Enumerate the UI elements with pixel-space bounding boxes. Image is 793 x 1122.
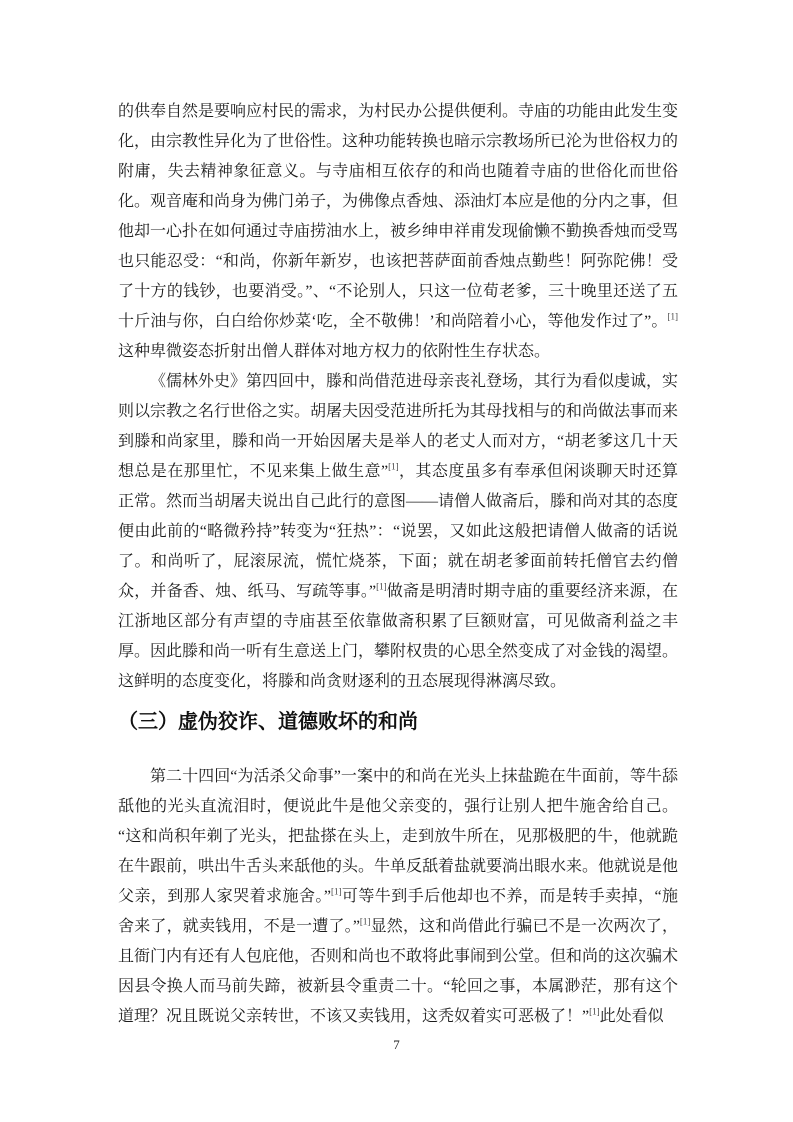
footnote-ref: [1] <box>589 1007 600 1017</box>
text-run: 的供奉自然是要响应村民的需求，为村民办公提供便利。寺庙的功能由此发生变化，由宗教… <box>118 103 678 330</box>
page-footer: 7 <box>0 1036 793 1054</box>
paragraph: 《儒林外史》第四回中，滕和尚借范进母亲丧礼登场，其行为看似虔诚，实则以宗教之名行… <box>118 367 678 697</box>
footnote-ref: [1] <box>360 917 371 927</box>
text-run: 这种卑微姿态折射出僧人群体对地方权力的依附性生存状态。 <box>118 343 550 360</box>
section-heading: （三）虚伪狡诈、道德败坏的和尚 <box>118 709 678 735</box>
document-content: 的供奉自然是要响应村民的需求，为村民办公提供便利。寺庙的功能由此发生变化，由宗教… <box>118 97 678 1032</box>
text-run: ，其态度虽多有奉承但闲谈聊天时还算正常。然而当胡屠夫说出自己此行的意图——请僧人… <box>118 463 678 600</box>
paragraph: 的供奉自然是要响应村民的需求，为村民办公提供便利。寺庙的功能由此发生变化，由宗教… <box>118 97 678 367</box>
document-page: 的供奉自然是要响应村民的需求，为村民办公提供便利。寺庙的功能由此发生变化，由宗教… <box>0 0 793 1122</box>
text-run: 此处看似 <box>600 1008 664 1025</box>
footnote-ref: [1] <box>388 462 399 472</box>
paragraph: 第二十四回“为活杀父命事”一案中的和尚在光头上抹盐跪在牛面前，等牛舔舐他的光头直… <box>118 762 678 1032</box>
footnote-ref: [1] <box>376 582 387 592</box>
page-number: 7 <box>393 1037 400 1052</box>
footnote-ref: [1] <box>331 887 342 897</box>
text-run: 第二十四回“为活杀父命事”一案中的和尚在光头上抹盐跪在牛面前，等牛舔舐他的光头直… <box>118 768 678 905</box>
footnote-ref: [1] <box>668 312 679 322</box>
